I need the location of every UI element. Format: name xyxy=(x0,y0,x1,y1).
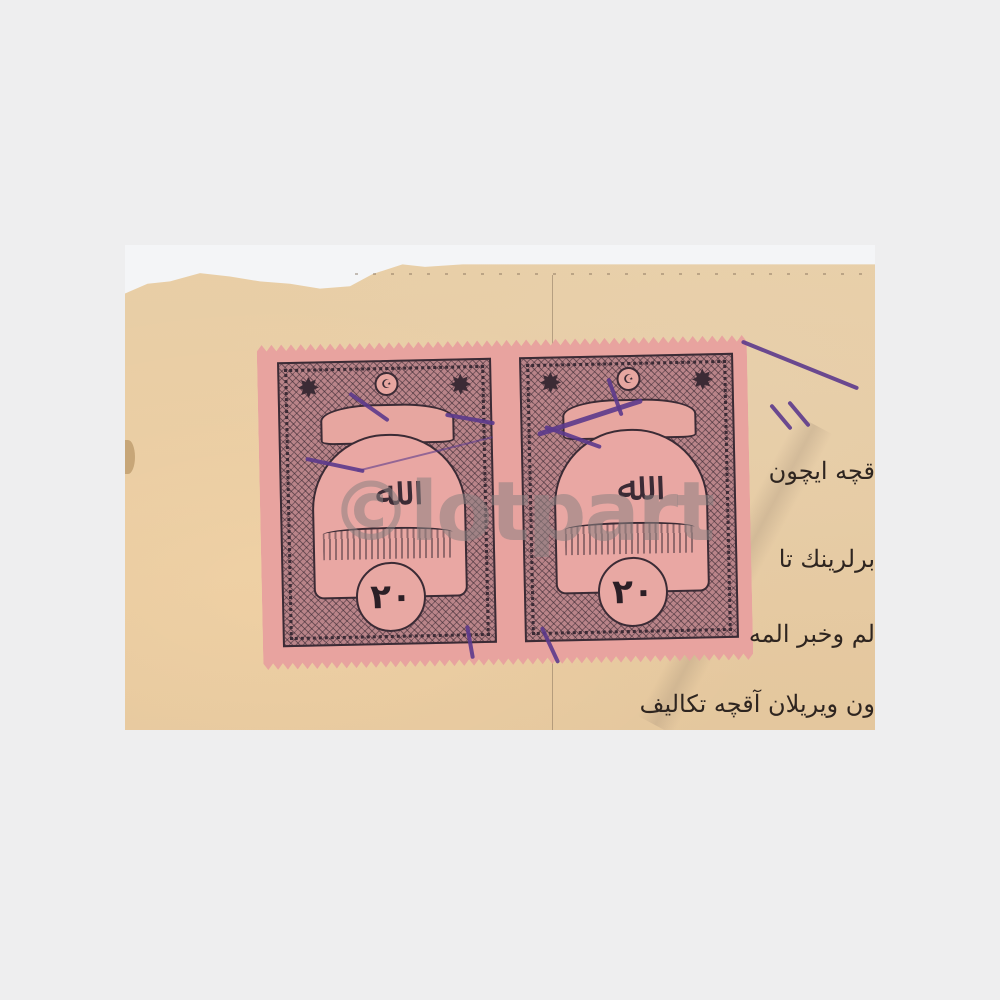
document-text-line: قچه ایچون xyxy=(769,457,875,485)
document-text-line: لم وخبر المه xyxy=(749,620,875,648)
star-ornament-icon: ✸ xyxy=(687,365,718,396)
document-text-line: ون ویریلان آقچه تكالیف xyxy=(640,690,875,718)
watermark: ©lotpart xyxy=(330,465,713,560)
document-photo: ✸ ✸ ☪ ﷲ ٢٠ ✸ ✸ ☪ ﷲ ٢٠ ©lotpart قچه ایچون… xyxy=(125,245,875,730)
star-ornament-icon: ✸ xyxy=(445,370,476,401)
document-text-line: برلرینك تا xyxy=(779,545,875,573)
star-ornament-icon: ✸ xyxy=(535,368,566,399)
perforation-dots xyxy=(355,273,875,275)
star-ornament-icon: ✸ xyxy=(293,373,324,404)
